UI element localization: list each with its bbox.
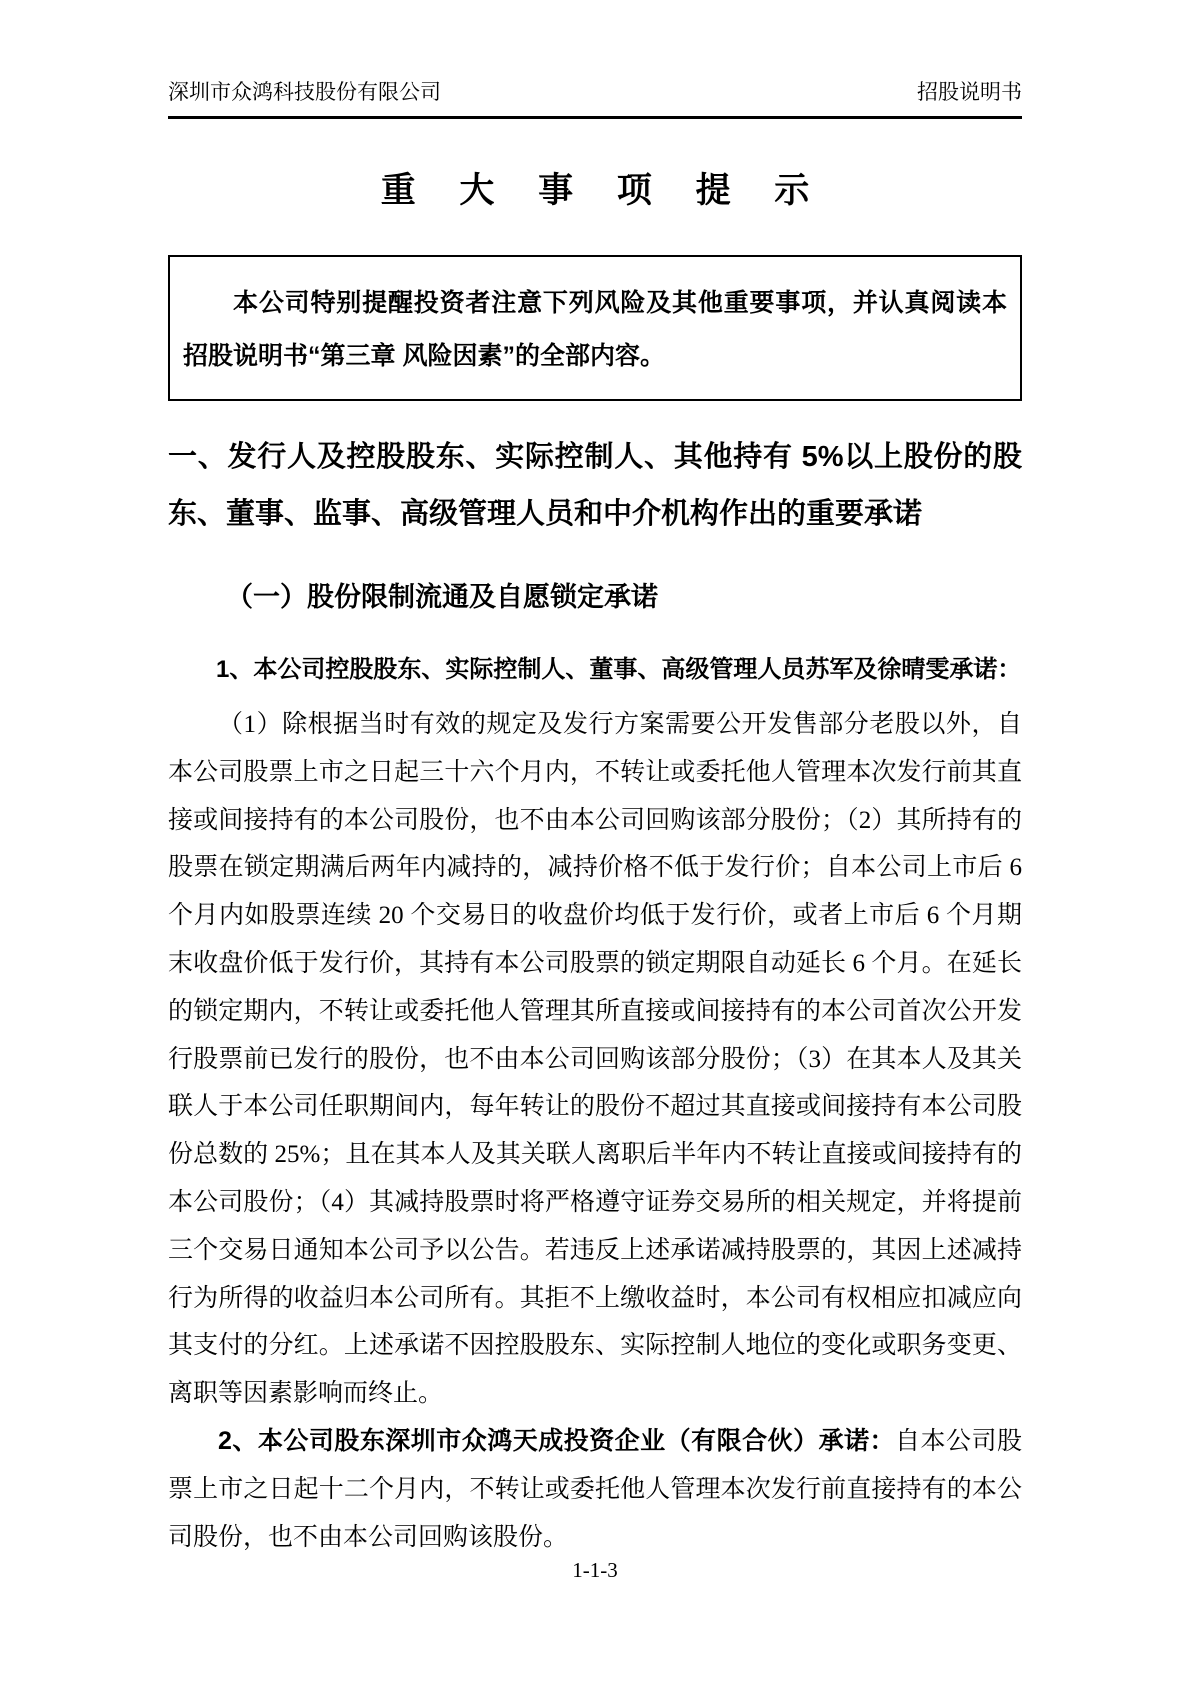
commitment-2-paragraph: 2、本公司股东深圳市众鸿天成投资企业（有限合伙）承诺：自本公司股票上市之日起十二… xyxy=(168,1418,1022,1561)
header-doc-type: 招股说明书 xyxy=(917,76,1022,106)
page-header: 深圳市众鸿科技股份有限公司 招股说明书 xyxy=(168,0,1022,119)
header-company-name: 深圳市众鸿科技股份有限公司 xyxy=(168,76,441,106)
commitment-2-lead: 2、本公司股东深圳市众鸿天成投资企业（有限合伙）承诺： xyxy=(218,1427,895,1455)
document-page: 深圳市众鸿科技股份有限公司 招股说明书 重 大 事 项 提 示 本公司特别提醒投… xyxy=(0,0,1190,1683)
notice-text: 本公司特别提醒投资者注意下列风险及其他重要事项，并认真阅读本招股说明书“第三章 … xyxy=(183,277,1007,383)
page-title: 重 大 事 项 提 示 xyxy=(168,163,1022,213)
page-number: 1-1-3 xyxy=(0,1558,1190,1583)
commitment-1-lead: 1、本公司控股股东、实际控制人、董事、高级管理人员苏军及徐晴雯承诺： xyxy=(168,655,1022,685)
notice-box: 本公司特别提醒投资者注意下列风险及其他重要事项，并认真阅读本招股说明书“第三章 … xyxy=(168,255,1022,401)
subsection-1-1-heading: （一）股份限制流通及自愿锁定承诺 xyxy=(168,581,1022,613)
commitment-1-body: （1）除根据当时有效的规定及发行方案需要公开发售部分老股以外，自本公司股票上市之… xyxy=(168,701,1022,1418)
section-1-heading: 一、发行人及控股股东、实际控制人、其他持有 5%以上股份的股东、董事、监事、高级… xyxy=(168,429,1022,543)
